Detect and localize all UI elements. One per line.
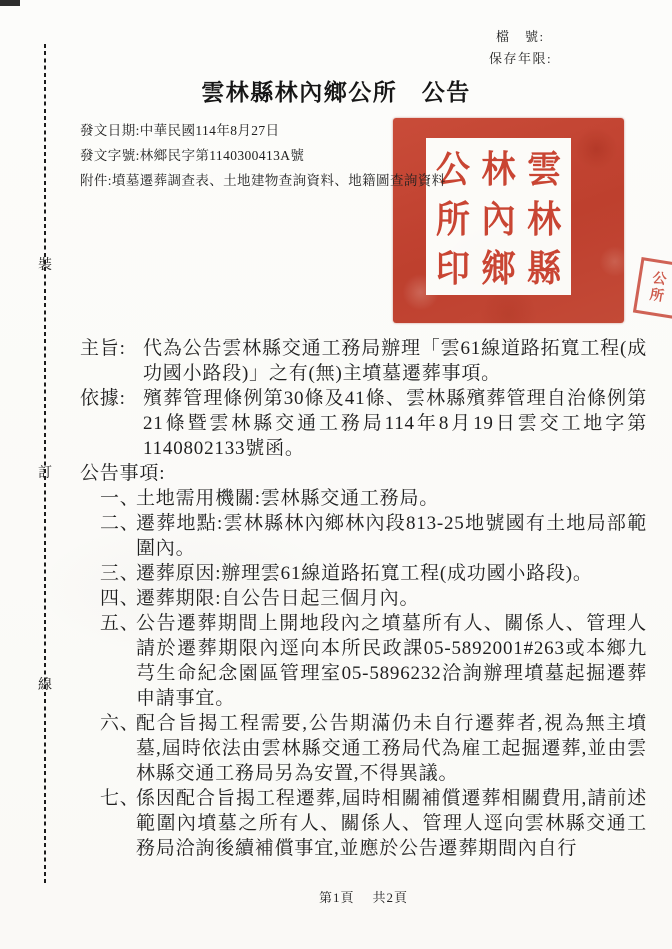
page-footer: 第1頁 共2頁 [80,887,647,906]
seal-character: 林 [476,140,522,194]
subject-section: 主旨: 代為公告雲林縣交通工務局辦理「雲61線道路拓寬工程(成功國小路段)」之有… [80,336,647,386]
archive-info-block: 檔 號: 保存年限: [489,26,552,70]
basis-text: 殯葬管理條例第30條及41條、雲林縣殯葬管理自治條例第21條暨雲林縣交通工務局1… [143,386,647,461]
basis-section: 依據: 殯葬管理條例第30條及41條、雲林縣殯葬管理自治條例第21條暨雲林縣交通… [80,386,647,461]
binding-mark-xian: 線 [36,674,54,694]
subject-label: 主旨: [80,336,143,386]
announcement-item: 六、配合旨揭工程需要,公告期滿仍未自行遷葬者,視為無主墳墓,屆時依法由雲林縣交通… [80,711,647,786]
item-number: 五、 [100,611,136,711]
seal-character: 縣 [521,239,567,293]
scan-corner-artifact [0,0,20,6]
basis-label: 依據: [80,386,143,461]
meta-value: 墳墓遷葬調查表、土地建物查詢資料、地籍圖查詢資料 [112,173,446,188]
footer-page-number: 第1頁 [319,887,355,906]
edge-overlap-seal: 公所 [633,257,672,319]
seal-character: 雲 [521,140,567,194]
meta-label: 發文日期: [80,123,140,138]
announcement-item: 五、公告遷葬期間上開地段內之墳墓所有人、關係人、管理人請於遷葬期限內逕向本所民政… [80,611,647,711]
item-number: 六、 [100,711,136,786]
announcement-document-page: 裝 訂 線 檔 號: 保存年限: 雲林縣林內鄉公所 公告 發文日期:中華民國11… [0,0,672,949]
footer-total-pages: 共2頁 [373,887,409,906]
item-text: 遷葬地點:雲林縣林內鄉林內段813-25地號國有土地局部範圍內。 [136,511,647,561]
seal-character: 印 [430,239,476,293]
edge-seal-character: 公 [651,270,667,289]
meta-row: 附件:墳墓遷葬調查表、土地建物查詢資料、地籍圖查詢資料 [80,168,446,193]
item-text: 係因配合旨揭工程遷葬,屆時相關補償遷葬相關費用,請前述範圍內墳墓之所有人、關係人… [136,786,647,861]
item-number: 一、 [100,486,136,511]
item-number: 七、 [100,786,136,861]
announcement-item: 七、係因配合旨揭工程遷葬,屆時相關補償遷葬相關費用,請前述範圍內墳墓之所有人、關… [80,786,647,861]
announcement-item: 二、遷葬地點:雲林縣林內鄉林內段813-25地號國有土地局部範圍內。 [80,511,647,561]
seal-character: 所 [430,190,476,244]
announcement-item: 三、遷葬原因:辦理雲61線道路拓寬工程(成功國小路段)。 [80,561,647,586]
announcement-item: 四、遷葬期限:自公告日起三個月內。 [80,586,647,611]
item-text: 土地需用機關:雲林縣交通工務局。 [136,486,647,511]
official-seal-characters: 公林雲所內林印鄉縣 [426,138,571,295]
item-number: 三、 [100,561,136,586]
seal-character: 鄉 [476,239,522,293]
item-number: 四、 [100,586,136,611]
item-text: 遷葬期限:自公告日起三個月內。 [136,586,647,611]
page-title: 雲林縣林內鄉公所 公告 [0,74,672,107]
binding-mark-zhuang: 裝 [36,254,54,274]
items-heading: 公告事項: [80,461,647,486]
item-text: 配合旨揭工程需要,公告期滿仍未自行遷葬者,視為無主墳墓,屆時依法由雲林縣交通工務… [136,711,647,786]
item-text: 遷葬原因:辦理雲61線道路拓寬工程(成功國小路段)。 [136,561,647,586]
item-number: 二、 [100,511,136,561]
file-number-label: 檔 號: [489,26,552,48]
item-text: 公告遷葬期間上開地段內之墳墓所有人、關係人、管理人請於遷葬期限內逕向本所民政課0… [136,611,647,711]
meta-label: 附件: [80,173,112,188]
seal-character: 內 [476,190,522,244]
subject-text: 代為公告雲林縣交通工務局辦理「雲61線道路拓寬工程(成功國小路段)」之有(無)主… [143,336,647,386]
meta-label: 發文字號: [80,148,140,163]
announcement-item: 一、土地需用機關:雲林縣交通工務局。 [80,486,647,511]
meta-value: 中華民國114年8月27日 [140,123,280,138]
document-body: 主旨: 代為公告雲林縣交通工務局辦理「雲61線道路拓寬工程(成功國小路段)」之有… [80,336,647,861]
meta-block: 發文日期:中華民國114年8月27日發文字號:林鄉民字第1140300413A號… [80,118,446,193]
seal-character: 林 [521,190,567,244]
meta-row: 發文日期:中華民國114年8月27日 [80,118,446,143]
items-list: 一、土地需用機關:雲林縣交通工務局。二、遷葬地點:雲林縣林內鄉林內段813-25… [80,486,647,861]
edge-seal-character: 所 [648,287,664,306]
retention-period-label: 保存年限: [489,48,552,70]
binding-mark-ding: 訂 [36,462,54,482]
meta-row: 發文字號:林鄉民字第1140300413A號 [80,143,446,168]
meta-value: 林鄉民字第1140300413A號 [140,148,305,163]
